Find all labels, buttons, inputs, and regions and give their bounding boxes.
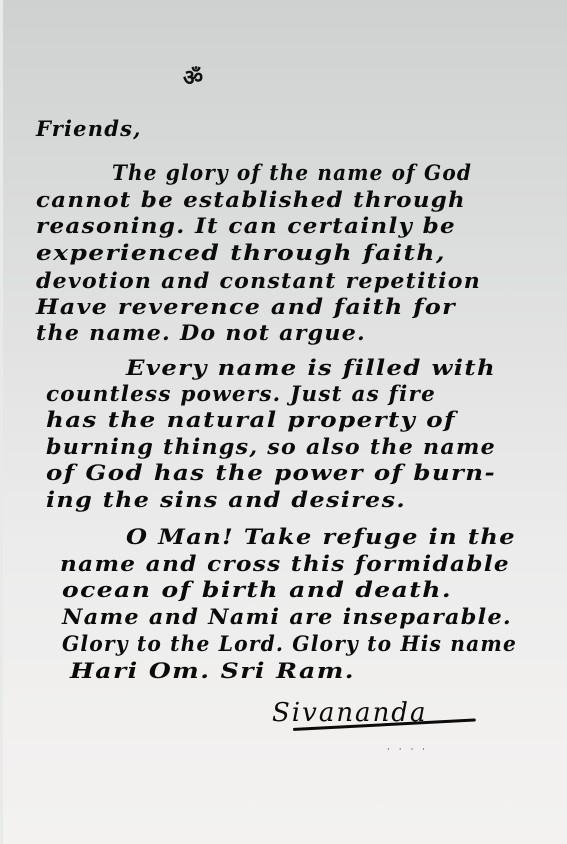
letter-line: O Man! Take refuge in the <box>126 524 516 549</box>
signature-marks: · · · · <box>387 745 428 755</box>
letter-line: Have reverence and faith for <box>36 294 456 319</box>
om-symbol: ॐ <box>183 62 203 92</box>
letter-line: reasoning. It can certainly be <box>36 213 456 238</box>
letter-line: cannot be established through <box>36 187 466 212</box>
letter-line: burning things, so also the name <box>46 434 496 459</box>
letter-line: Every name is filled with <box>126 355 496 380</box>
letter-line: The glory of the name of God <box>112 160 472 185</box>
letter-line: ocean of birth and death. <box>62 577 452 602</box>
letter-line: Hari Om. Sri Ram. <box>70 658 355 683</box>
letter-line: Name and Nami are inseparable. <box>62 604 512 629</box>
salutation: Friends, <box>36 116 142 141</box>
letter-line: ing the sins and desires. <box>46 487 406 512</box>
letter-line: of God has the power of burn- <box>46 460 496 485</box>
letter-line: has the natural property of <box>46 407 456 432</box>
letter-line: experienced through faith, <box>36 240 446 265</box>
letter-line: name and cross this formidable <box>60 551 510 576</box>
letter-line: countless powers. Just as fire <box>46 381 436 406</box>
letter-line: Glory to the Lord. Glory to His name <box>62 631 517 656</box>
letter-line: devotion and constant repetition <box>36 268 481 293</box>
letter-line: the name. Do not argue. <box>36 320 366 345</box>
handwritten-letter: ॐ Friends, The glory of the name of Godc… <box>0 0 567 844</box>
